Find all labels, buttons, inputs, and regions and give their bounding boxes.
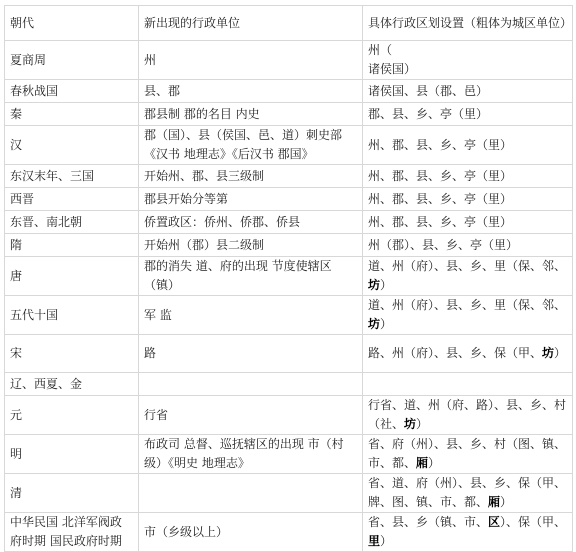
dynasty-cell: 西晋 bbox=[5, 188, 139, 211]
new-units-cell: 军 监 bbox=[139, 296, 363, 335]
urban-unit-bold: 坊 bbox=[368, 278, 380, 292]
urban-unit-bold: 区 bbox=[488, 515, 500, 529]
divisions-cell bbox=[363, 373, 573, 396]
header-new-units: 新出现的行政单位 bbox=[139, 6, 363, 41]
divisions-cell: 行省、道、州（府、路）、县、乡、村（社、坊） bbox=[363, 396, 573, 435]
new-units-cell: 县、郡 bbox=[139, 80, 363, 103]
urban-unit-bold: 厢 bbox=[488, 495, 500, 509]
divisions-text: 省、道、府（州）、县、乡、保（甲、牌、图、镇、市、都、 bbox=[368, 476, 566, 509]
table-row: 东汉末年、三国开始州、郡、县三级制州、郡、县、乡、亭（里） bbox=[5, 165, 573, 188]
divisions-cell: 道、州（府）、县、乡、里（保、邻、坊） bbox=[363, 296, 573, 335]
new-units-cell: 行省 bbox=[139, 396, 363, 435]
new-units-cell: 郡县开始分等第 bbox=[139, 188, 363, 211]
divisions-text: ） bbox=[380, 534, 392, 547]
divisions-cell: 省、道、府（州）、县、乡、保（甲、牌、图、镇、市、都、厢） bbox=[363, 474, 573, 513]
header-row: 朝代 新出现的行政单位 具体行政区划设置（粗体为城区单位） bbox=[5, 6, 573, 41]
dynasty-cell: 元 bbox=[5, 396, 139, 435]
table-row: 秦郡县制 郡的名目 内史郡、县、乡、亭（里） bbox=[5, 103, 573, 126]
dynasty-cell: 辽、西夏、金 bbox=[5, 373, 139, 396]
urban-unit-bold: 坊 bbox=[542, 346, 554, 360]
administrative-divisions-table: 朝代 新出现的行政单位 具体行政区划设置（粗体为城区单位） 夏商周州州（ 诸侯国… bbox=[4, 5, 573, 547]
dynasty-cell: 夏商周 bbox=[5, 41, 139, 80]
new-units-cell: 州 bbox=[139, 41, 363, 80]
divisions-text: 行省、道、州（府、路）、县、乡、村（社、 bbox=[368, 398, 566, 431]
new-units-cell: 郡的消失 道、府的出现 节度使辖区（镇） bbox=[139, 257, 363, 296]
divisions-text: 道、州（府）、县、乡、里（保、邻、 bbox=[368, 298, 566, 312]
urban-unit-bold: 厢 bbox=[416, 456, 428, 470]
divisions-cell: 州、郡、县、乡、亭（里） bbox=[363, 188, 573, 211]
divisions-text: ） bbox=[380, 278, 392, 292]
divisions-cell: 诸侯国、县（郡、邑） bbox=[363, 80, 573, 103]
divisions-text: ） bbox=[500, 495, 512, 509]
dynasty-cell: 隋 bbox=[5, 234, 139, 257]
divisions-cell: 路、州（府）、县、乡、保（甲、坊） bbox=[363, 335, 573, 373]
divisions-cell: 省、府（州）、县、乡、村（图、镇、市、都、厢） bbox=[363, 435, 573, 474]
new-units-cell: 路 bbox=[139, 335, 363, 373]
table-row: 东晋、南北朝侨置政区：侨州、侨郡、侨县州、郡、县、乡、亭（里） bbox=[5, 211, 573, 234]
dynasty-cell: 中华民国 北洋军阀政府时期 国民政府时期 bbox=[5, 513, 139, 548]
divisions-cell: 州、郡、县、乡、亭（里） bbox=[363, 211, 573, 234]
table-row: 夏商周州州（ 诸侯国） bbox=[5, 41, 573, 80]
dynasty-cell: 秦 bbox=[5, 103, 139, 126]
header-dynasty: 朝代 bbox=[5, 6, 139, 41]
table-row: 清省、道、府（州）、县、乡、保（甲、牌、图、镇、市、都、厢） bbox=[5, 474, 573, 513]
header-divisions: 具体行政区划设置（粗体为城区单位） bbox=[363, 6, 573, 41]
divisions-text: ） bbox=[428, 456, 440, 470]
divisions-text: 省、县、乡（镇、市、 bbox=[368, 515, 488, 529]
dynasty-cell: 明 bbox=[5, 435, 139, 474]
dynasty-cell: 东晋、南北朝 bbox=[5, 211, 139, 234]
table-row: 明布政司 总督、巡抚辖区的出现 市（村级）《明史 地理志》省、府（州）、县、乡、… bbox=[5, 435, 573, 474]
new-units-cell: 市（乡级以上） bbox=[139, 513, 363, 548]
new-units-cell: 郡县制 郡的名目 内史 bbox=[139, 103, 363, 126]
divisions-text: 省、府（州）、县、乡、村（图、镇、市、都、 bbox=[368, 437, 566, 470]
table-row: 辽、西夏、金 bbox=[5, 373, 573, 396]
dynasty-cell: 清 bbox=[5, 474, 139, 513]
divisions-text: ） bbox=[554, 346, 566, 360]
new-units-cell: 布政司 总督、巡抚辖区的出现 市（村级）《明史 地理志》 bbox=[139, 435, 363, 474]
table-row: 唐郡的消失 道、府的出现 节度使辖区（镇）道、州（府）、县、乡、里（保、邻、坊） bbox=[5, 257, 573, 296]
urban-unit-bold: 坊 bbox=[404, 417, 416, 431]
divisions-text: 道、州（府）、县、乡、里（保、邻、 bbox=[368, 259, 566, 273]
dynasty-cell: 宋 bbox=[5, 335, 139, 373]
divisions-cell: 道、州（府）、县、乡、里（保、邻、坊） bbox=[363, 257, 573, 296]
divisions-text: ） bbox=[380, 317, 392, 331]
table-row: 五代十国军 监道、州（府）、县、乡、里（保、邻、坊） bbox=[5, 296, 573, 335]
divisions-cell: 州、郡、县、乡、亭（里） bbox=[363, 165, 573, 188]
divisions-cell: 州（ 诸侯国） bbox=[363, 41, 573, 80]
dynasty-cell: 五代十国 bbox=[5, 296, 139, 335]
new-units-cell: 开始州（郡）县二级制 bbox=[139, 234, 363, 257]
new-units-cell bbox=[139, 373, 363, 396]
new-units-cell: 侨置政区：侨州、侨郡、侨县 bbox=[139, 211, 363, 234]
table-row: 汉郡（国）、县（侯国、邑、道）刺史部《汉书 地理志》《后汉书 郡国》州、郡、县、… bbox=[5, 126, 573, 165]
dynasty-cell: 唐 bbox=[5, 257, 139, 296]
divisions-text: ）、保（甲、 bbox=[500, 515, 566, 529]
divisions-text: ） bbox=[416, 417, 428, 431]
divisions-text: 路、州（府）、县、乡、保（甲、 bbox=[368, 346, 542, 360]
urban-unit-bold: 里 bbox=[368, 534, 380, 547]
urban-unit-bold: 坊 bbox=[368, 317, 380, 331]
new-units-cell: 开始州、郡、县三级制 bbox=[139, 165, 363, 188]
divisions-cell: 州（郡）、县、乡、亭（里） bbox=[363, 234, 573, 257]
divisions-cell: 省、县、乡（镇、市、区）、保（甲、里） bbox=[363, 513, 573, 548]
table-row: 中华民国 北洋军阀政府时期 国民政府时期市（乡级以上）省、县、乡（镇、市、区）、… bbox=[5, 513, 573, 548]
dynasty-cell: 汉 bbox=[5, 126, 139, 165]
new-units-cell: 郡（国）、县（侯国、邑、道）刺史部《汉书 地理志》《后汉书 郡国》 bbox=[139, 126, 363, 165]
table-row: 元行省行省、道、州（府、路）、县、乡、村（社、坊） bbox=[5, 396, 573, 435]
new-units-cell bbox=[139, 474, 363, 513]
divisions-cell: 郡、县、乡、亭（里） bbox=[363, 103, 573, 126]
dynasty-cell: 春秋战国 bbox=[5, 80, 139, 103]
dynasty-cell: 东汉末年、三国 bbox=[5, 165, 139, 188]
table-row: 春秋战国县、郡诸侯国、县（郡、邑） bbox=[5, 80, 573, 103]
table-row: 隋开始州（郡）县二级制州（郡）、县、乡、亭（里） bbox=[5, 234, 573, 257]
table-row: 宋路路、州（府）、县、乡、保（甲、坊） bbox=[5, 335, 573, 373]
divisions-cell: 州、郡、县、乡、亭（里） bbox=[363, 126, 573, 165]
table-row: 西晋郡县开始分等第州、郡、县、乡、亭（里） bbox=[5, 188, 573, 211]
